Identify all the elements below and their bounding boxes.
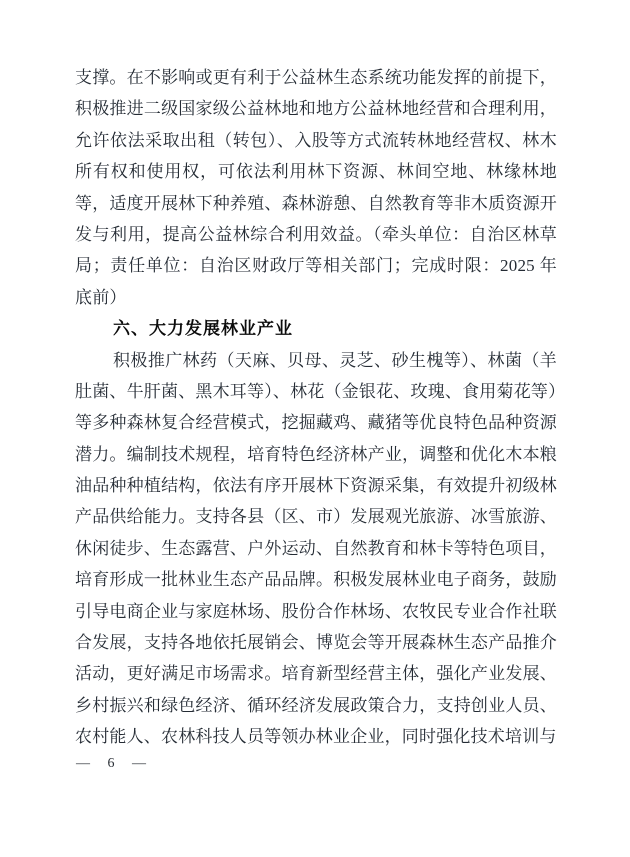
document-body: 支撑。在不影响或更有利于公益林生态系统功能发挥的前提下， 积极推进二级国家级公益… xyxy=(75,62,557,753)
paragraph-line: 休闲徒步、生态露营、户外运动、自然教育和林卡等特色项目， xyxy=(75,533,557,564)
paragraph-line: 所有权和使用权，可依法利用林下资源、林间空地、林缘林地 xyxy=(75,156,557,187)
paragraph-line: 等多种森林复合经营模式，挖掘藏鸡、藏猪等优良特色品种资源 xyxy=(75,407,557,438)
paragraph-line: 局；责任单位：自治区财政厅等相关部门；完成时限：2025 年 xyxy=(75,250,557,281)
paragraph-line: 合发展，支持各地依托展销会、博览会等开展森林生态产品推介 xyxy=(75,627,557,658)
paragraph-line: 积极推进二级国家级公益林地和地方公益林地经营和合理利用， xyxy=(75,93,557,124)
paragraph-line: 活动，更好满足市场需求。培育新型经营主体，强化产业发展、 xyxy=(75,658,557,689)
page-number: — 6 — xyxy=(76,756,149,772)
paragraph-line: 底前） xyxy=(75,282,557,313)
paragraph-line: 乡村振兴和绿色经济、循环经济发展政策合力，支持创业人员、 xyxy=(75,690,557,721)
paragraph-line: 允许依法采取出租（转包）、入股等方式流转林地经营权、林木 xyxy=(75,125,557,156)
paragraph-line: 引导电商企业与家庭林场、股份合作林场、农牧民专业合作社联 xyxy=(75,596,557,627)
paragraph-line: 培育形成一批林业生态产品品牌。积极发展林业电子商务，鼓励 xyxy=(75,564,557,595)
paragraph-line: 支撑。在不影响或更有利于公益林生态系统功能发挥的前提下， xyxy=(75,62,557,93)
paragraph-line: 积极推广林药（天麻、贝母、灵芝、砂生槐等）、林菌（羊 xyxy=(75,345,557,376)
paragraph-line: 产品供给能力。支持各县（区、市）发展观光旅游、冰雪旅游、 xyxy=(75,501,557,532)
paragraph-line: 发与利用，提高公益林综合利用效益。（牵头单位：自治区林草 xyxy=(75,219,557,250)
paragraph-line: 农村能人、农林科技人员等领办林业企业，同时强化技术培训与 xyxy=(75,721,557,752)
paragraph-line: 等，适度开展林下种养殖、森林游憩、自然教育等非木质资源开 xyxy=(75,188,557,219)
paragraph-line: 肚菌、牛肝菌、黑木耳等）、林花（金银花、玫瑰、食用菊花等） xyxy=(75,376,557,407)
paragraph-line: 油品种种植结构，依法有序开展林下资源采集，有效提升初级林 xyxy=(75,470,557,501)
document-page: 支撑。在不影响或更有利于公益林生态系统功能发挥的前提下， 积极推进二级国家级公益… xyxy=(0,0,630,857)
section-heading: 六、大力发展林业产业 xyxy=(75,313,557,344)
paragraph-line: 潜力。编制技术规程，培育特色经济林产业，调整和优化木本粮 xyxy=(75,439,557,470)
